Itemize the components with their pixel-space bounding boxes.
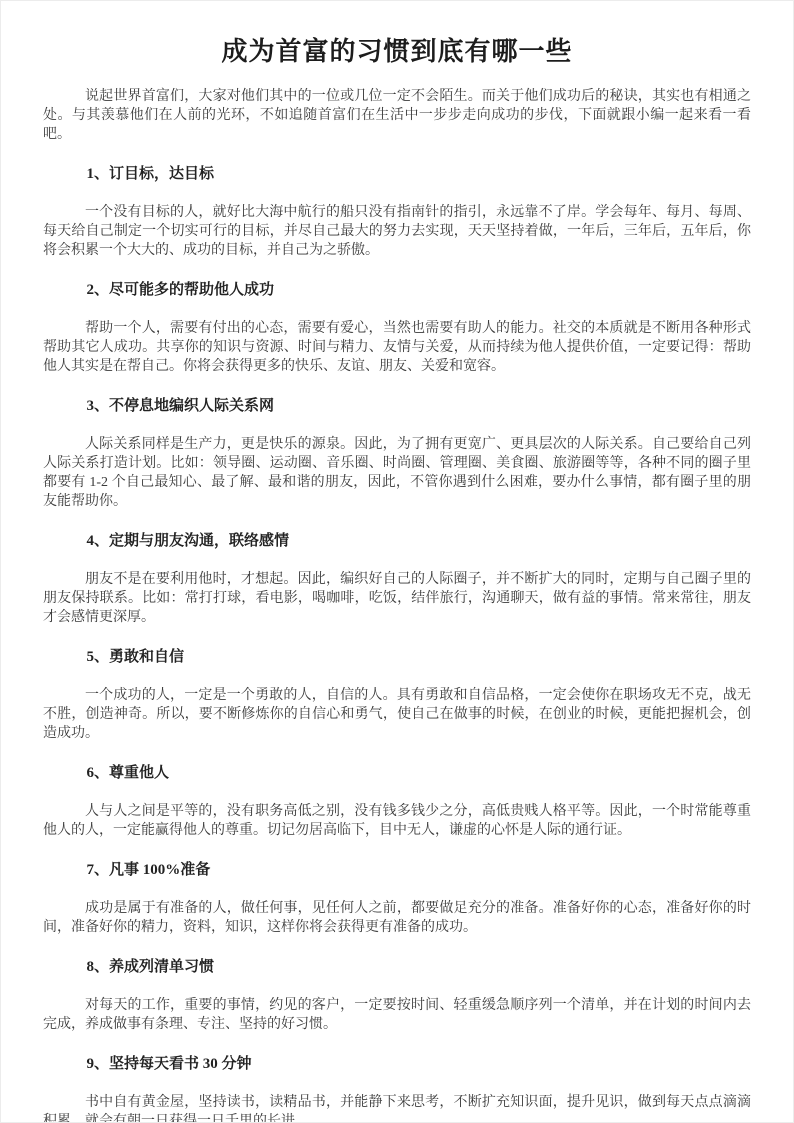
habit-section: 3、不停息地编织人际关系网 人际关系同样是生产力，更是快乐的源泉。因此，为了拥有… (43, 397, 751, 511)
section-paragraph: 朋友不是在要利用他时，才想起。因此，编织好自己的人际圈子，并不断扩大的同时，定期… (43, 570, 751, 627)
section-heading: 9、坚持每天看书 30 分钟 (43, 1055, 751, 1073)
habit-section: 6、尊重他人 人与人之间是平等的，没有职务高低之别，没有钱多钱少之分，高低贵贱人… (43, 764, 751, 840)
habit-section: 1、订目标，达目标 一个没有目标的人，就好比大海中航行的船只没有指南针的指引，永… (43, 165, 751, 260)
section-paragraph: 书中自有黄金屋，坚持读书，读精品书，并能静下来思考，不断扩充知识面，提升见识，做… (43, 1093, 751, 1123)
section-paragraph: 成功是属于有准备的人，做任何事，见任何人之前，都要做足充分的准备。准备好你的心态… (43, 899, 751, 937)
section-paragraph: 人与人之间是平等的，没有职务高低之别，没有钱多钱少之分，高低贵贱人格平等。因此，… (43, 802, 751, 840)
section-heading: 3、不停息地编织人际关系网 (43, 397, 751, 415)
habit-section: 9、坚持每天看书 30 分钟 书中自有黄金屋，坚持读书，读精品书，并能静下来思考… (43, 1055, 751, 1123)
habit-section: 4、定期与朋友沟通，联络感情 朋友不是在要利用他时，才想起。因此，编织好自己的人… (43, 532, 751, 627)
habit-section: 2、尽可能多的帮助他人成功 帮助一个人，需要有付出的心态，需要有爱心，当然也需要… (43, 281, 751, 376)
sections-container: 1、订目标，达目标 一个没有目标的人，就好比大海中航行的船只没有指南针的指引，永… (43, 165, 751, 1123)
habit-section: 5、勇敢和自信 一个成功的人，一定是一个勇敢的人，自信的人。具有勇敢和自信品格，… (43, 648, 751, 743)
section-heading: 7、凡事 100%准备 (43, 861, 751, 879)
habit-section: 7、凡事 100%准备 成功是属于有准备的人，做任何事，见任何人之前，都要做足充… (43, 861, 751, 937)
section-paragraph: 一个成功的人，一定是一个勇敢的人，自信的人。具有勇敢和自信品格，一定会使你在职场… (43, 686, 751, 743)
section-heading: 4、定期与朋友沟通，联络感情 (43, 532, 751, 550)
document-page: 成为首富的习惯到底有哪一些 说起世界首富们，大家对他们其中的一位或几位一定不会陌… (0, 0, 794, 1123)
section-heading: 1、订目标，达目标 (43, 165, 751, 183)
section-paragraph: 人际关系同样是生产力，更是快乐的源泉。因此，为了拥有更宽广、更具层次的人际关系。… (43, 435, 751, 511)
section-heading: 2、尽可能多的帮助他人成功 (43, 281, 751, 299)
section-paragraph: 一个没有目标的人，就好比大海中航行的船只没有指南针的指引，永远靠不了岸。学会每年… (43, 203, 751, 260)
section-heading: 8、养成列清单习惯 (43, 958, 751, 976)
habit-section: 8、养成列清单习惯 对每天的工作，重要的事情，约见的客户，一定要按时间、轻重缓急… (43, 958, 751, 1034)
section-heading: 5、勇敢和自信 (43, 648, 751, 666)
section-heading: 6、尊重他人 (43, 764, 751, 782)
section-paragraph: 帮助一个人，需要有付出的心态，需要有爱心，当然也需要有助人的能力。社交的本质就是… (43, 319, 751, 376)
intro-paragraph: 说起世界首富们，大家对他们其中的一位或几位一定不会陌生。而关于他们成功后的秘诀，… (43, 87, 751, 144)
section-paragraph: 对每天的工作，重要的事情，约见的客户，一定要按时间、轻重缓急顺序列一个清单，并在… (43, 996, 751, 1034)
page-title: 成为首富的习惯到底有哪一些 (43, 35, 751, 67)
